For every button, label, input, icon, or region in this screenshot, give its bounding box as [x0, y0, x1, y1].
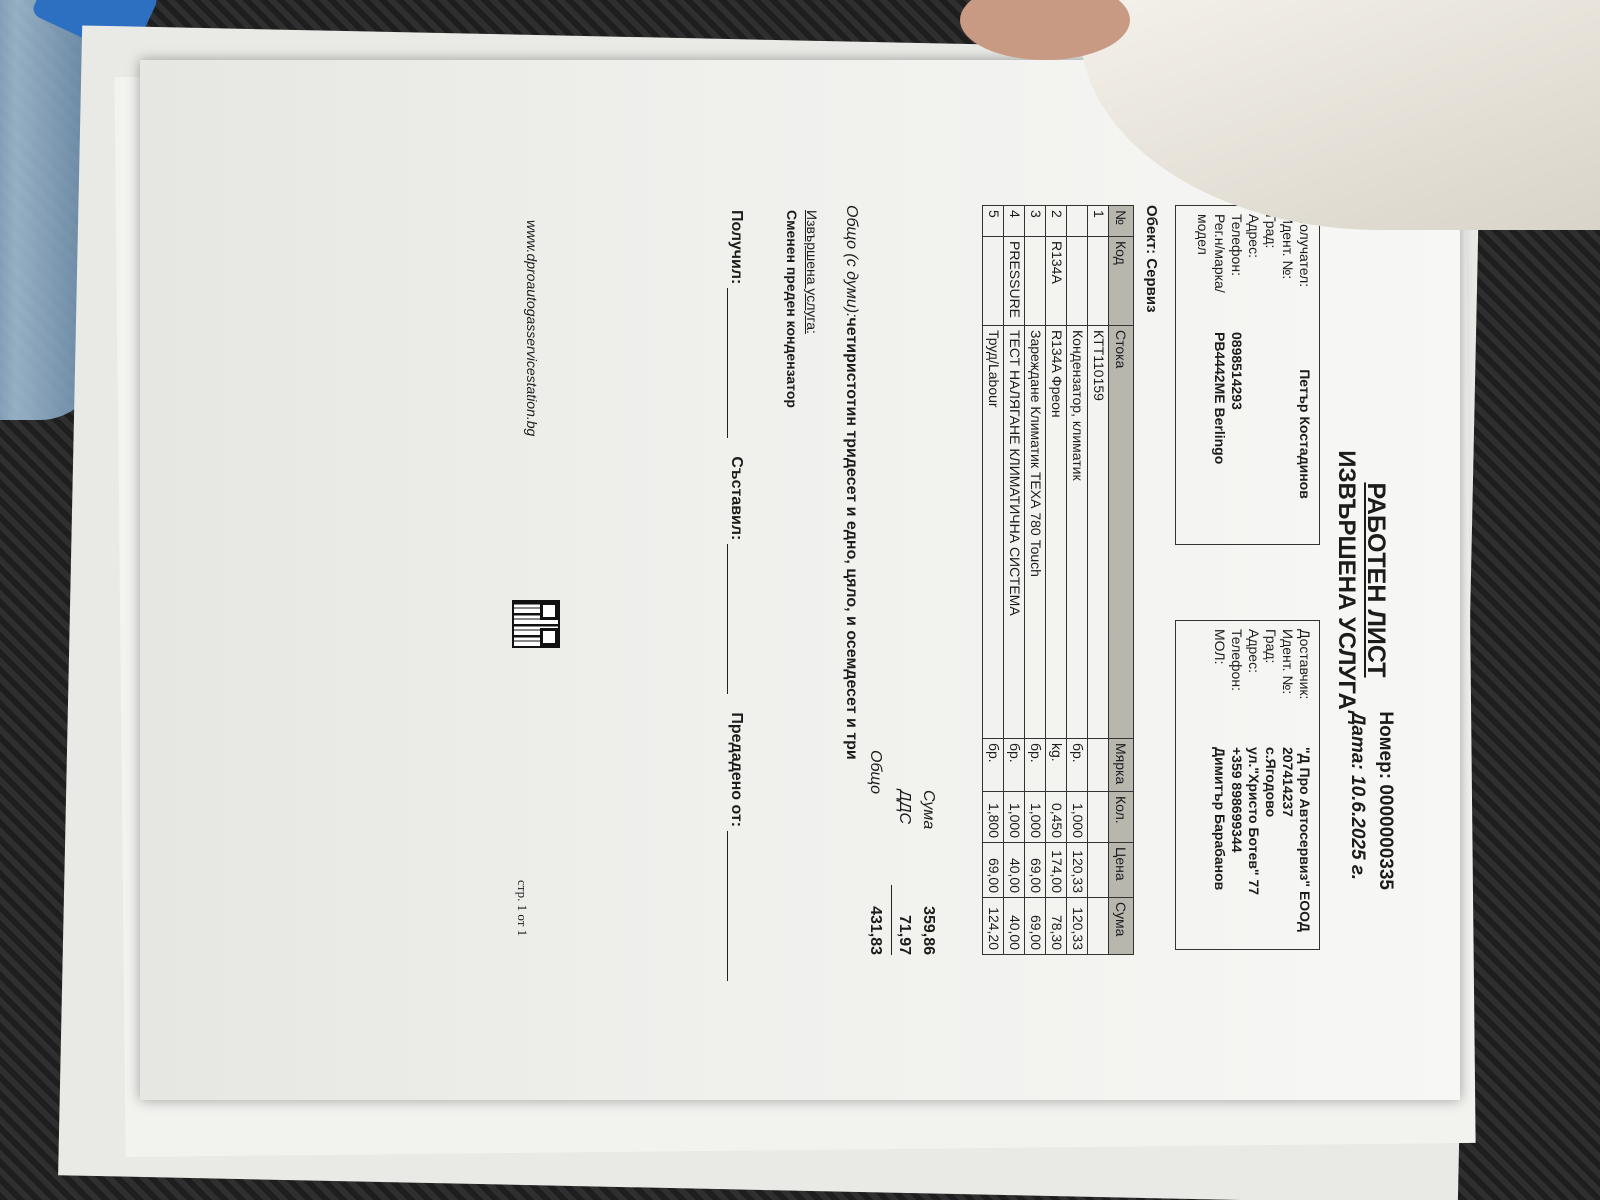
supplier-row: Идент. №: 207414237 [1279, 629, 1296, 941]
cell-price: 40,00 [1004, 843, 1025, 898]
signature-compiled: Съставил: [727, 456, 745, 694]
cell-code [1025, 237, 1046, 326]
service-title: Извършена услуга: [804, 210, 820, 334]
signature-label: Получил: [727, 210, 745, 284]
cell-code [1088, 237, 1109, 326]
recipient-row: Идент. №: [1279, 214, 1296, 536]
field-label: Град: [1262, 629, 1279, 747]
supplier-row: Адрес: ул."Христо Ботев" 77 [1245, 629, 1262, 941]
field-label: Телефон: [1228, 629, 1245, 747]
cell-price: 120,33 [1067, 843, 1088, 898]
cell-code: R134A [1046, 237, 1067, 326]
signature-line [727, 288, 744, 438]
cell-code [1067, 237, 1088, 326]
cell-item: Труд/Labour [983, 326, 1004, 739]
cell-item: Кондензатор, климатик [1067, 326, 1088, 739]
signature-label: Съставил: [727, 456, 745, 540]
vat-value: 71,97 [892, 915, 916, 955]
cell-price [1088, 843, 1109, 898]
table-body: 1КТТ110159Кондензатор, климатикбр.1,0001… [983, 206, 1109, 955]
header-no: № [1109, 206, 1134, 237]
website-url: www.dproautogasservicestation.bg [524, 220, 540, 436]
total-in-words: Общо (с думи):четиристотин тридесет и ед… [842, 205, 860, 985]
number-label: Номер: [1375, 711, 1396, 779]
cell-sum: 40,00 [1004, 898, 1025, 955]
service-description: Сменен преден кондензатор [784, 210, 800, 408]
document-number: Номер: 0000000335 [1374, 711, 1396, 890]
supplier-id: 207414237 [1279, 747, 1296, 817]
field-label: Телефон: [1228, 214, 1245, 332]
cell-qty: 1,000 [1004, 792, 1025, 843]
cell-qty [1088, 792, 1109, 843]
cell-qty: 1,000 [1025, 792, 1046, 843]
cell-sum: 120,33 [1067, 898, 1088, 955]
cell-item: КТТ110159 [1088, 326, 1109, 739]
words-value: четиристотин тридесет и едно, цяло, и ос… [843, 317, 860, 759]
date-label: Дата: [1347, 712, 1368, 770]
subtotal-row: Сума 359,86 [916, 750, 940, 955]
cell-sum: 124,20 [983, 898, 1004, 955]
items-table: № Код Стока Мярка Кол. Цена Сума 1КТТ110… [982, 205, 1134, 955]
table-header-row: № Код Стока Мярка Кол. Цена Сума [1109, 206, 1134, 955]
supplier-row: МОЛ: Димитър Барабанов [1211, 629, 1228, 941]
table-row: 2R134AR134A Фреонkg.0,450174,0078,30 [1046, 206, 1067, 955]
cell-item: R134A Фреон [1046, 326, 1067, 739]
header-price: Цена [1109, 843, 1134, 898]
recipient-box: Получател: Петър Костадинов Идент. №: Гр… [1175, 205, 1320, 545]
cell-sum [1088, 898, 1109, 955]
total-label: Общо [863, 750, 887, 794]
supplier-row: Телефон: +359 898699344 [1228, 629, 1245, 941]
field-label: Доставчик: [1296, 629, 1313, 747]
header-code: Код [1109, 237, 1134, 326]
vehicle-registration: РВ4442МЕ Berlingo [1194, 332, 1228, 464]
cell-no: 5 [983, 206, 1004, 237]
signature-label: Предадено от: [727, 712, 745, 827]
field-label: Град: [1262, 214, 1279, 332]
supplier-manager: Димитър Барабанов [1211, 747, 1228, 890]
header-qty: Кол. [1109, 792, 1134, 843]
supplier-row: Доставчик: "Д Про Автосервиз" ЕООД [1296, 629, 1313, 941]
recipient-row: Получател: Петър Костадинов [1296, 214, 1313, 536]
cell-no: 2 [1046, 206, 1067, 237]
supplier-city: с.Ягодово [1262, 747, 1279, 817]
field-label: Идент. №: [1279, 629, 1296, 747]
work-order-sheet: РАБОТЕН ЛИСТ ИЗВЪРШЕНА УСЛУГА Номер: 000… [140, 60, 1460, 1100]
signature-received: Получил: [727, 210, 745, 438]
signature-line [727, 544, 744, 694]
table-row: 5Труд/Labourбр.1,80069,00124,20 [983, 206, 1004, 955]
cell-code: PRESSURE [1004, 237, 1025, 326]
recipient-row: Град: [1262, 214, 1279, 536]
vat-label: ДДС [892, 790, 916, 824]
header-item: Стока [1109, 326, 1134, 739]
cell-unit [1088, 739, 1109, 792]
supplier-phone: +359 898699344 [1228, 747, 1245, 853]
cell-sum: 78,30 [1046, 898, 1067, 955]
cell-qty: 1,000 [1067, 792, 1088, 843]
field-label: Адрес: [1245, 629, 1262, 747]
vat-row: ДДС 71,97 [892, 750, 916, 955]
signature-line [727, 831, 744, 981]
field-label: Адрес: [1245, 214, 1262, 332]
field-label: Рег.н/марка/модел [1194, 214, 1228, 332]
supplier-address: ул."Христо Ботев" 77 [1245, 747, 1262, 895]
cell-price: 69,00 [983, 843, 1004, 898]
cell-item: Зареждане Климатик ТЕХА 780 Touch [1025, 326, 1046, 739]
object-line: Обект: Сервиз [1143, 205, 1160, 313]
field-label: МОЛ: [1211, 629, 1228, 747]
recipient-name: Петър Костадинов [1296, 332, 1313, 536]
words-label: Общо (с думи): [843, 205, 860, 317]
recipient-row: Адрес: [1245, 214, 1262, 536]
totals-block: Сума 359,86 ДДС 71,97 Общо 431,83 [863, 750, 940, 955]
grand-total-row: Общо 431,83 [863, 750, 887, 955]
total-value: 431,83 [863, 906, 887, 955]
supplier-name: "Д Про Автосервиз" ЕООД [1296, 747, 1313, 932]
subtotal-label: Сума [916, 790, 940, 829]
document-date: Дата: 10.6.2025 г. [1346, 712, 1368, 880]
field-label: Идент. №: [1279, 214, 1296, 332]
signature-section: Получил: Съставил: Предадено от: [727, 210, 745, 1030]
table-row: 3Зареждане Климатик ТЕХА 780 Touchбр.1,0… [1025, 206, 1046, 955]
table-row: 1КТТ110159 [1088, 206, 1109, 955]
recipient-row: Рег.н/марка/модел РВ4442МЕ Berlingo [1194, 214, 1228, 536]
table-row: 4PRESSUREТЕСТ НАЛЯГАНЕ КЛИМАТИЧНА СИСТЕМ… [1004, 206, 1025, 955]
cell-price: 174,00 [1046, 843, 1067, 898]
document-sheet-wrapper: РАБОТЕН ЛИСТ ИЗВЪРШЕНА УСЛУГА Номер: 000… [140, 60, 1460, 1100]
cell-price: 69,00 [1025, 843, 1046, 898]
header-sum: Сума [1109, 898, 1134, 955]
number-value: 0000000335 [1375, 784, 1396, 890]
cell-qty: 1,800 [983, 792, 1004, 843]
cell-qty: 0,450 [1046, 792, 1067, 843]
subtotal-value: 359,86 [916, 906, 940, 955]
cell-sum: 69,00 [1025, 898, 1046, 955]
supplier-row: Град: с.Ягодово [1262, 629, 1279, 941]
cell-unit: бр. [983, 739, 1004, 792]
cell-item: ТЕСТ НАЛЯГАНЕ КЛИМАТИЧНА СИСТЕМА [1004, 326, 1025, 739]
cell-no [1067, 206, 1088, 237]
cell-unit: бр. [1004, 739, 1025, 792]
cell-unit: kg. [1046, 739, 1067, 792]
cell-no: 3 [1025, 206, 1046, 237]
cell-unit: бр. [1067, 739, 1088, 792]
recipient-row: Телефон: 0898514293 [1228, 214, 1245, 536]
supplier-box: Доставчик: "Д Про Автосервиз" ЕООД Идент… [1175, 620, 1320, 950]
header-unit: Мярка [1109, 739, 1134, 792]
recipient-phone: 0898514293 [1228, 332, 1245, 410]
field-label: Получател: [1296, 214, 1313, 332]
cell-no: 1 [1088, 206, 1109, 237]
cell-no: 4 [1004, 206, 1025, 237]
cell-unit: бр. [1025, 739, 1046, 792]
cell-code [983, 237, 1004, 326]
table-row: Кондензатор, климатикбр.1,000120,33120,3… [1067, 206, 1088, 955]
signature-handed-over: Предадено от: [727, 712, 745, 981]
page-number: стр. 1 от 1 [514, 880, 530, 936]
date-value: 10.6.2025 г. [1347, 775, 1368, 880]
qr-code-icon [512, 600, 560, 648]
